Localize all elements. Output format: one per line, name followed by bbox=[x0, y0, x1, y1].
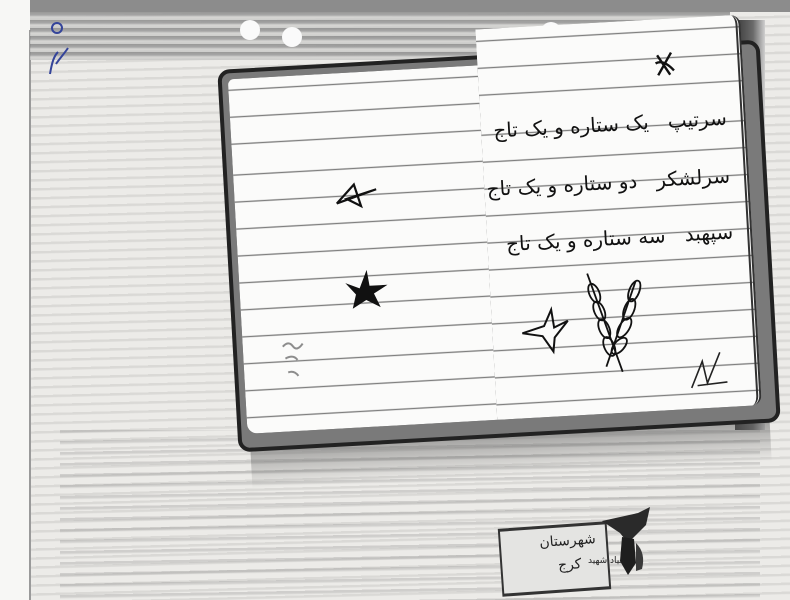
rank-line-1: سرتیپ یک ستاره و یک تاج bbox=[493, 106, 728, 143]
left-margin bbox=[0, 0, 30, 600]
rank-name: سرتیپ bbox=[667, 106, 727, 133]
notebook-left-page bbox=[228, 65, 499, 434]
rank-name: سپهبد bbox=[684, 219, 734, 246]
rank-name: سرلشکر bbox=[656, 164, 731, 192]
margin-line bbox=[29, 30, 31, 600]
rank-insignia: دو ستاره و یک تاج bbox=[486, 169, 638, 201]
rank-insignia: سه ستاره و یک تاج bbox=[505, 223, 666, 256]
right-page-drawings bbox=[489, 255, 758, 429]
notebook: سرتیپ یک ستاره و یک تاج سرلشکر دو ستاره … bbox=[215, 0, 767, 429]
notebook-right-page: سرتیپ یک ستاره و یک تاج سرلشکر دو ستاره … bbox=[475, 15, 761, 420]
margin-annotation bbox=[38, 14, 78, 89]
rank-line-3: سپهبد سه ستاره و یک تاج bbox=[505, 219, 733, 256]
handwritten-page-number-icon bbox=[38, 14, 78, 84]
laurel-branch-icon bbox=[585, 271, 648, 374]
stamp-emblem-text: بنیاد شهید bbox=[588, 556, 625, 566]
three-point-star-icon bbox=[521, 309, 569, 354]
stamp-line-2: کرج bbox=[557, 556, 581, 574]
rank-insignia: یک ستاره و یک تاج bbox=[493, 110, 650, 143]
cross-mark-icon bbox=[649, 48, 681, 80]
faint-scribble-icon bbox=[283, 343, 305, 377]
tulip-emblem-icon bbox=[598, 503, 658, 593]
filled-star-icon bbox=[345, 269, 389, 309]
left-page-drawings bbox=[228, 65, 497, 433]
outline-star-icon bbox=[336, 183, 377, 207]
stamp-line-1: شهرستان bbox=[539, 531, 596, 551]
rank-line-2: سرلشکر دو ستاره و یک تاج bbox=[486, 164, 731, 202]
corner-scribble-icon bbox=[690, 352, 728, 388]
